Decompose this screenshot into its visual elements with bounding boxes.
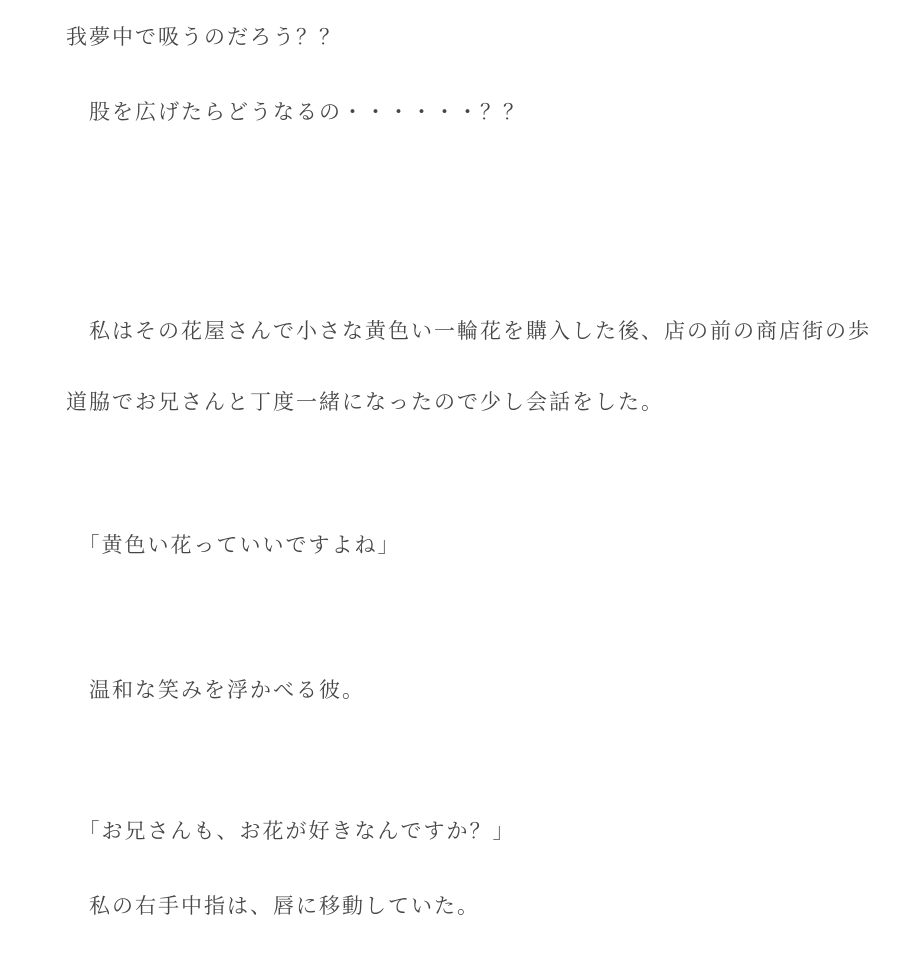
text-line: 温和な笑みを浮かべる彼。 — [66, 679, 873, 701]
text-line: 我夢中で吸うのだろう？？ — [66, 26, 873, 48]
text-line: 道脇でお兄さんと丁度一緒になったので少し会話をした。 — [66, 391, 873, 413]
text-line: 「お兄さんも、お花が好きなんですか？」 — [66, 820, 873, 842]
text-line: 私はその花屋さんで小さな黄色い一輪花を購入した後、店の前の商店街の歩 — [66, 320, 873, 342]
document-page: 我夢中で吸うのだろう？？ 股を広げたらどうなるの・・・・・・？？ 私はその花屋さ… — [0, 0, 901, 976]
text-line: 股を広げたらどうなるの・・・・・・？？ — [66, 101, 873, 123]
text-line: 「黄色い花っていいですよね」 — [66, 534, 873, 556]
text-line: 私の右手中指は、唇に移動していた。 — [66, 895, 873, 917]
